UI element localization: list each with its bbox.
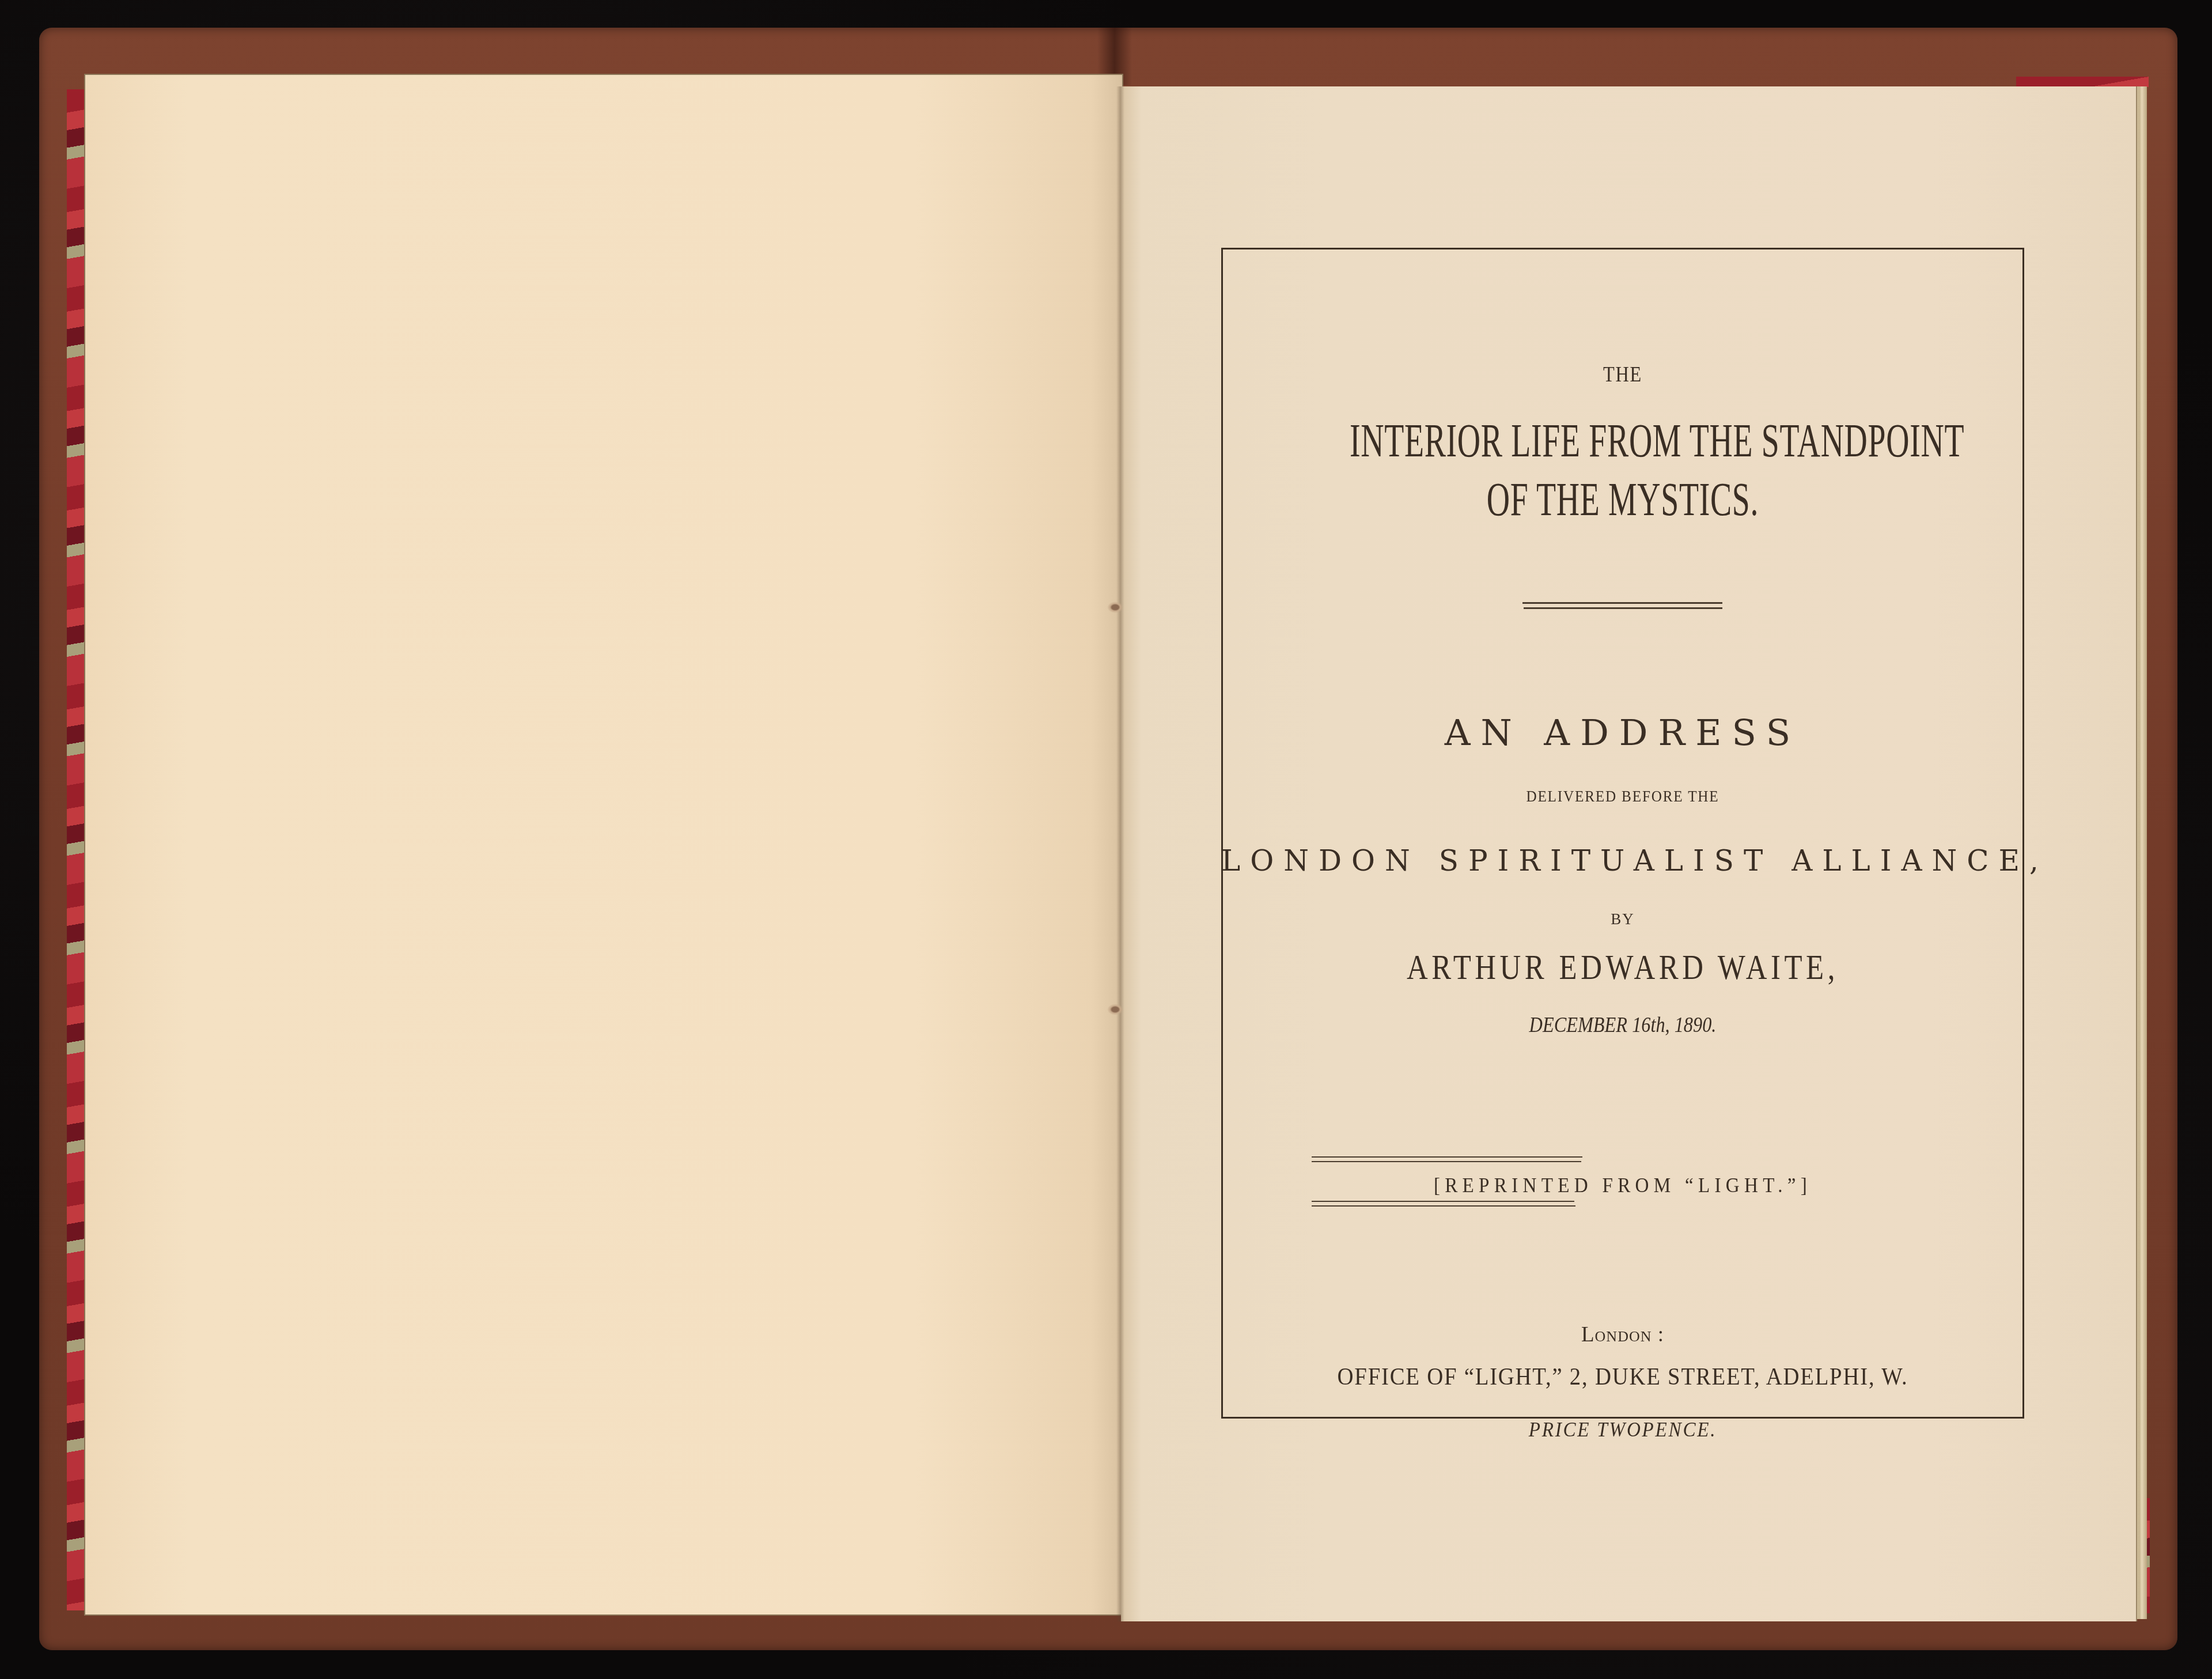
reprint-note: [REPRINTED FROM “LIGHT.”] [1253,1173,1992,1197]
double-rule-3-bottom [1312,1205,1575,1207]
address-date: DECEMBER 16th, 1890. [1282,1012,1964,1038]
marbled-endpaper-right-top [2016,77,2149,87]
binding-stitch-top [1107,602,1123,613]
binding-stitch-bottom [1107,1004,1123,1015]
double-rule-1-top [1522,602,1722,604]
organization-name: LONDON SPIRITUALIST ALLIANCE, [1221,844,2024,878]
double-rule-2-bottom [1312,1161,1581,1162]
price-line: PRICE TWOPENCE. [1253,1417,1992,1442]
marbled-endpaper-left [67,89,84,1610]
double-rule-1-bottom [1524,607,1722,609]
author-name: ARTHUR EDWARD WAITE, [1293,947,1952,988]
left-blank-page [84,74,1123,1616]
double-rule-2-top [1312,1156,1582,1158]
delivered-line: DELIVERED BEFORE THE [1262,788,1984,806]
publisher-address: OFFICE OF “LIGHT,” 2, DUKE STREET, ADELP… [1262,1363,1984,1391]
title-line-1: INTERIOR LIFE FROM THE STANDPOINT [1350,414,1896,468]
by-line: BY [1221,910,2024,928]
title-line-2: OF THE MYSTICS. [1350,472,1896,527]
double-rule-3-top [1312,1201,1574,1202]
gutter [1116,86,1124,1621]
imprint-place: London : [1221,1322,2024,1347]
subtitle: AN ADDRESS [1221,712,2024,754]
title-article: THE [1282,362,1964,387]
